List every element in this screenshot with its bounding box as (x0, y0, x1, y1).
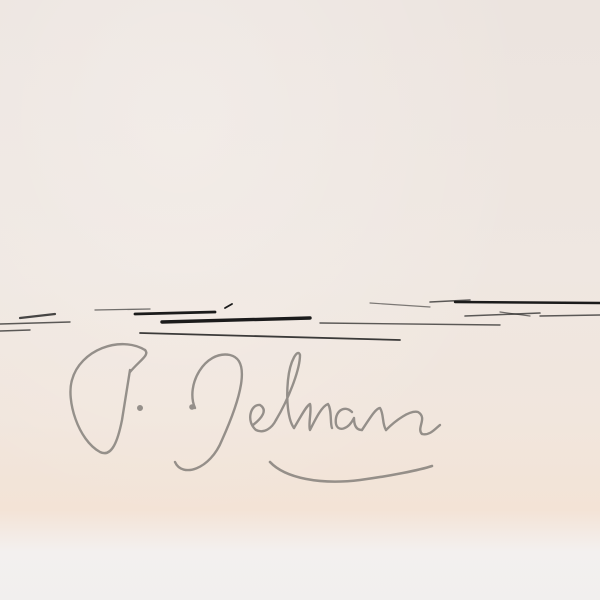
artwork (0, 0, 600, 600)
etched-horizon-lines (0, 300, 600, 340)
paper-photo: P. Delmans (0, 0, 600, 600)
pencil-signature (70, 344, 440, 481)
